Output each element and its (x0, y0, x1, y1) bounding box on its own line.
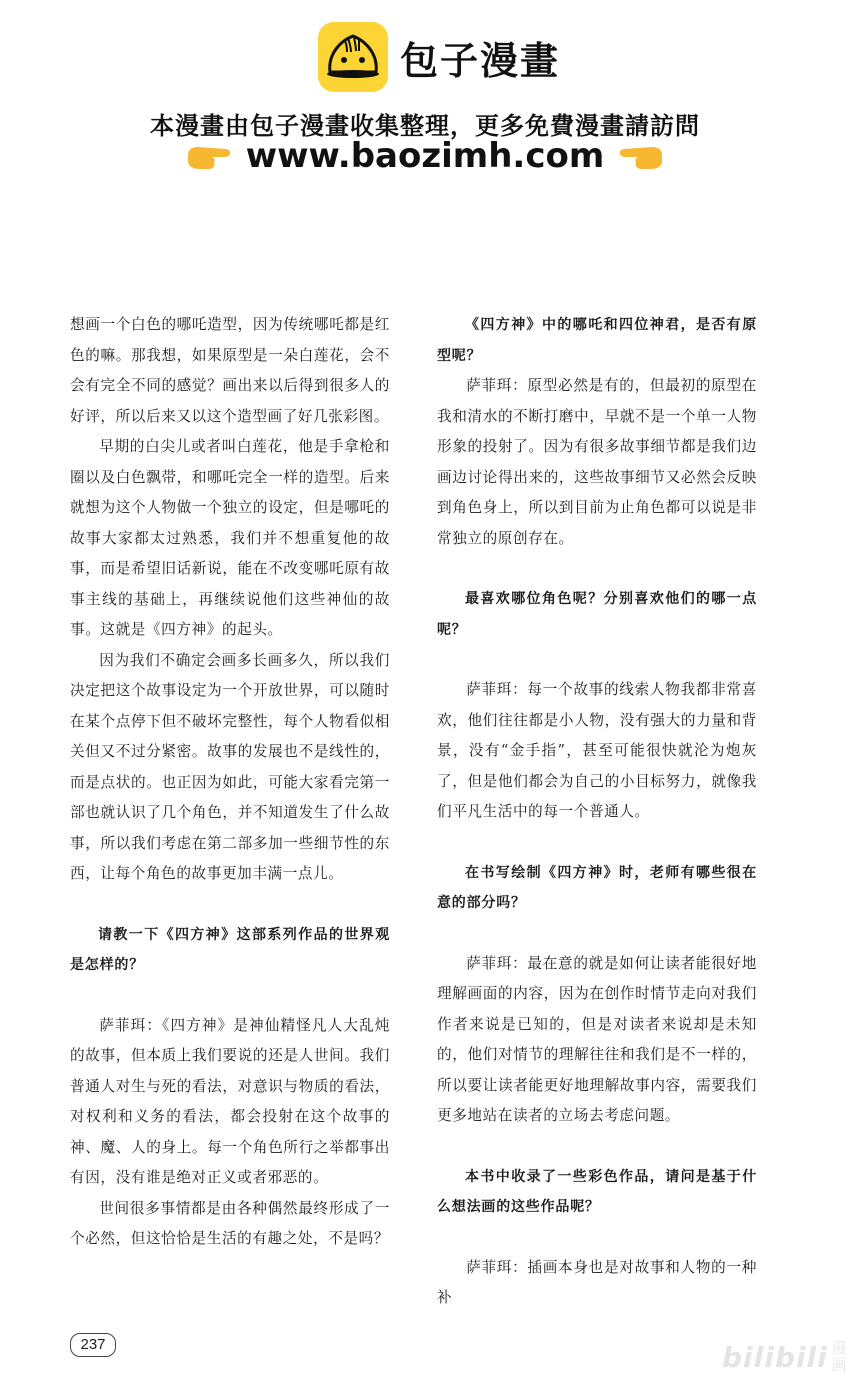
interview-answer: 萨菲珥：最在意的就是如何让读者能很好地理解画面的内容，因为在创作时情节走向对我们… (437, 949, 757, 1132)
watermark-brand: bilibili (722, 1341, 828, 1374)
right-text-column: 《四方神》中的哪吒和四位神君，是否有原型呢？ 萨菲珥：原型必然是有的，但最初的原… (437, 310, 757, 1314)
interview-answer: 萨菲珥：原型必然是有的，但最初的原型在我和清水的不断打磨中，早就不是一个单一人物… (437, 371, 757, 554)
site-banner: 包子漫畫 本漫畫由包子漫畫收集整理，更多免費漫畫請訪問 www.baozimh.… (0, 0, 850, 200)
pointing-right-hand-icon (186, 141, 232, 171)
paragraph: 世间很多事情都是由各种偶然最终形成了一个必然，但这恰恰是生活的有趣之处，不是吗？ (70, 1194, 390, 1255)
interview-answer: 萨菲珥：《四方神》是神仙精怪凡人大乱炖的故事，但本质上我们要说的还是人世间。我们… (70, 1011, 390, 1194)
baozi-logo-icon (318, 22, 388, 92)
left-text-column: 想画一个白色的哪吒造型，因为传统哪吒都是红色的嘛。那我想，如果原型是一朵白莲花，… (70, 310, 390, 1255)
interview-answer: 萨菲珥：每一个故事的线索人物我都非常喜欢，他们往往都是小人物，没有强大的力量和背… (437, 675, 757, 828)
paragraph: 因为我们不确定会画多长画多久，所以我们决定把这个故事设定为一个开放世界，可以随时… (70, 646, 390, 890)
interview-question: 最喜欢哪位角色呢？分别喜欢他们的哪一点呢？ (437, 584, 757, 645)
site-url-link[interactable]: www.baozimh.com (246, 136, 605, 176)
interview-question: 《四方神》中的哪吒和四位神君，是否有原型呢？ (437, 310, 757, 371)
site-logo[interactable]: 包子漫畫 (318, 22, 560, 92)
bilibili-manhua-watermark: bilibili 漫画 (722, 1340, 848, 1374)
interview-answer: 萨菲珥：插画本身也是对故事和人物的一种补 (437, 1253, 757, 1314)
site-logo-text: 包子漫畫 (400, 30, 560, 85)
interview-question: 本书中收录了一些彩色作品，请问是基于什么想法画的这些作品呢？ (437, 1162, 757, 1223)
page-number: 237 (70, 1333, 116, 1357)
pointing-left-hand-icon (618, 141, 664, 171)
interview-question: 在书写绘制《四方神》时，老师有哪些很在意的部分吗？ (437, 858, 757, 919)
paragraph: 想画一个白色的哪吒造型，因为传统哪吒都是红色的嘛。那我想，如果原型是一朵白莲花，… (70, 310, 390, 432)
paragraph: 早期的白尖儿或者叫白莲花，他是手拿枪和圈以及白色飘带，和哪吒完全一样的造型。后来… (70, 432, 390, 646)
interview-question: 请教一下《四方神》这部系列作品的世界观是怎样的？ (70, 920, 390, 981)
watermark-manhua: 漫画 (832, 1340, 848, 1374)
banner-url-row: www.baozimh.com (0, 136, 850, 176)
